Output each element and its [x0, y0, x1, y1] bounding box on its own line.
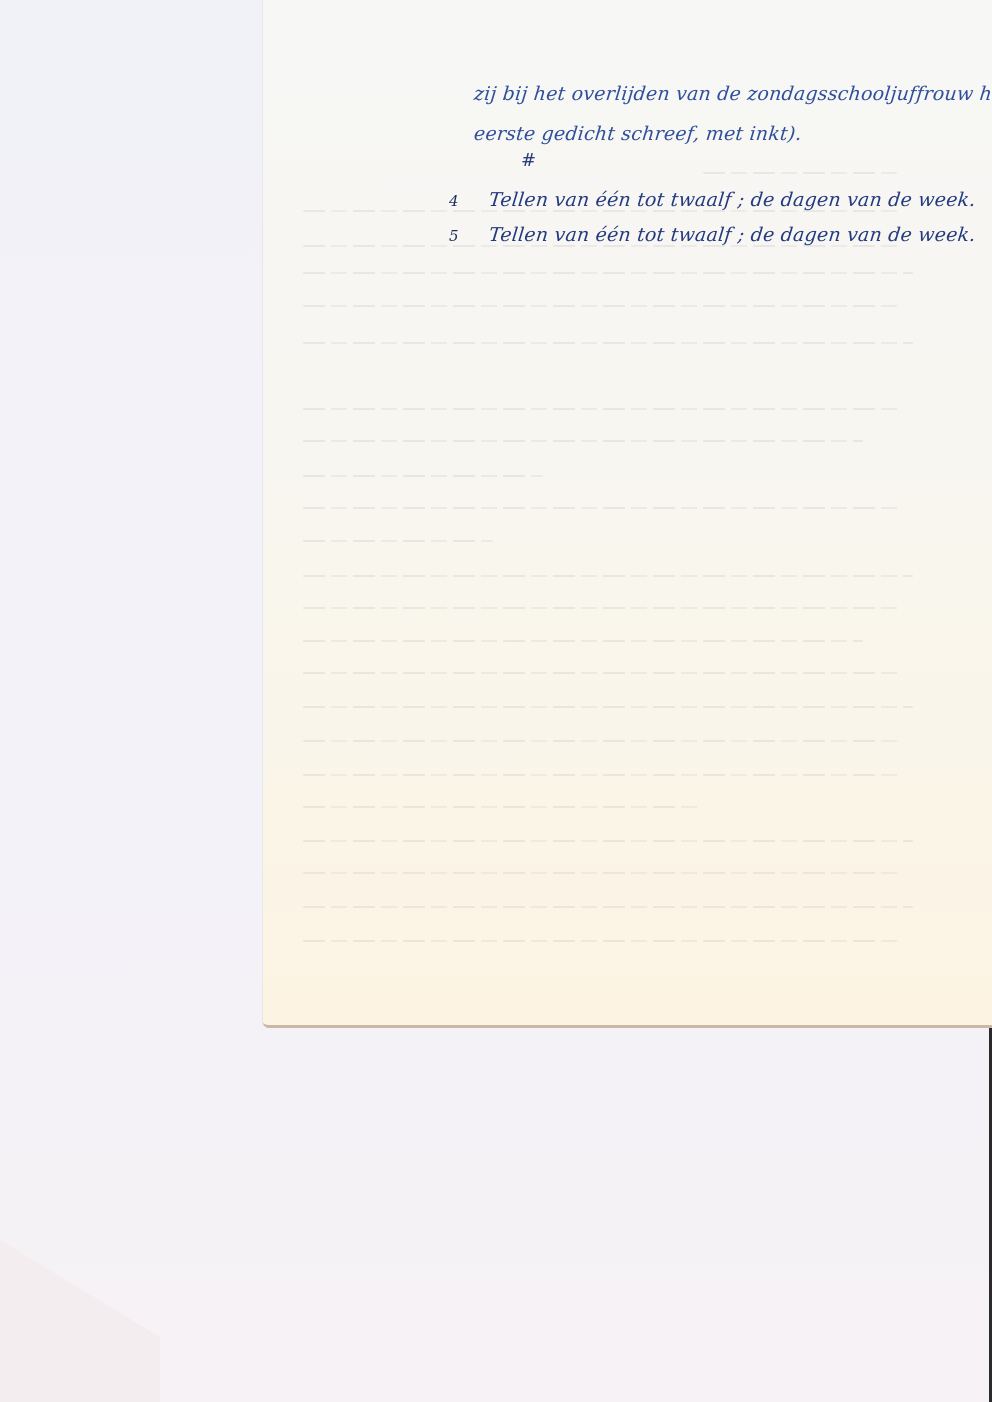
manuscript-line: zij bij het overlijden van de zondagssch…	[473, 83, 992, 105]
manuscript-page: zij bij het overlijden van de zondagssch…	[263, 0, 992, 1028]
section-separator: #	[521, 150, 536, 171]
item-number: 5	[449, 227, 459, 245]
manuscript-line: eerste gedicht schreef, met inkt).	[473, 123, 803, 145]
manuscript-item: Tellen van één tot twaalf ; de dagen van…	[488, 189, 977, 211]
manuscript-item: Tellen van één tot twaalf ; de dagen van…	[488, 224, 977, 246]
item-number: 4	[449, 192, 459, 210]
bleed-through-text	[263, 0, 992, 1025]
